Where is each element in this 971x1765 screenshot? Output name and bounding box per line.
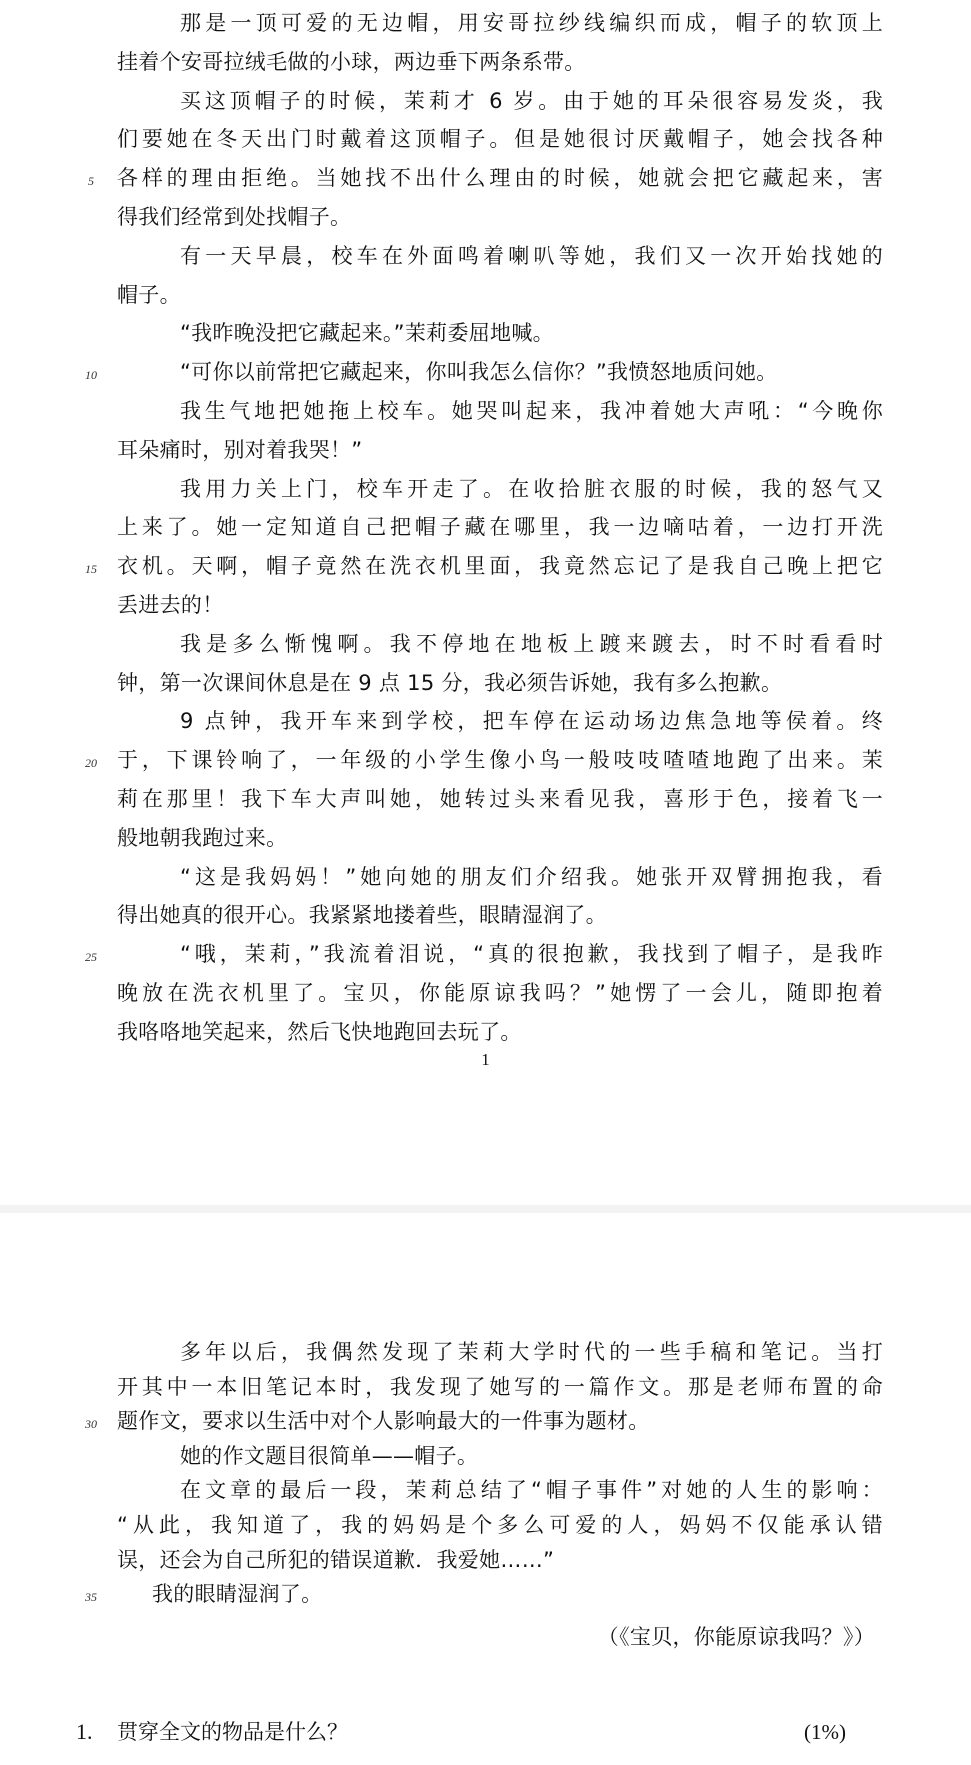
line-number: 5 — [80, 162, 102, 200]
passage-line: 在文章的最后一段，茉莉总结了“帽子事件”对她的人生的影响： — [0, 1471, 971, 1509]
passage-line-text: 我用力关上门，校车开走了。在收拾脏衣服的时候，我的怒气又 — [180, 470, 883, 508]
passage-line: 30题作文，要求以生活中对个人影响最大的一件事为题材。 — [0, 1402, 971, 1440]
passage-line: （《宝贝，你能原谅我吗？》） — [0, 1618, 971, 1656]
question-score: (1%) — [804, 1713, 846, 1751]
passage-line: 她的作文题目很简单——帽子。 — [0, 1437, 971, 1475]
passage-line: 上来了。她一定知道自己把帽子藏在哪里，我一边嘀咕着，一边打开洗 — [0, 508, 971, 546]
passage-line: 5各样的理由拒绝。当她找不出什么理由的时候，她就会把它藏起来，害 — [0, 159, 971, 197]
passage-line-text: 挂着个安哥拉绒毛做的小球，两边垂下两条系带。 — [117, 43, 883, 81]
passage-line-text: 得我们经常到处找帽子。 — [117, 198, 883, 236]
passage-line-text: 般地朝我跑过来。 — [117, 819, 883, 857]
passage-line-text: 们要她在冬天出门时戴着这顶帽子。但是她很讨厌戴帽子，她会找各种 — [117, 120, 883, 158]
passage-line: 晚放在洗衣机里了。宝贝，你能原谅我吗？”她愣了一会儿，随即抱着 — [0, 974, 971, 1012]
passage-line: 那是一顶可爱的无边帽，用安哥拉纱线编织而成，帽子的软顶上 — [0, 4, 971, 42]
passage-line-text: “这是我妈妈！”她向她的朋友们介绍我。她张开双臂拥抱我，看 — [180, 858, 883, 896]
passage-line-text: 帽子。 — [117, 276, 883, 314]
passage-line: 们要她在冬天出门时戴着这顶帽子。但是她很讨厌戴帽子，她会找各种 — [0, 120, 971, 158]
passage-line-text: 莉在那里！我下车大声叫她，她转过头来看见我，喜形于色，接着飞一 — [117, 780, 883, 818]
passage-line-text: 晚放在洗衣机里了。宝贝，你能原谅我吗？”她愣了一会儿，随即抱着 — [117, 974, 883, 1012]
passage-line: 我是多么惭愧啊。我不停地在地板上踱来踱去，时不时看看时 — [0, 625, 971, 663]
passage-line-text: 她的作文题目很简单——帽子。 — [180, 1437, 883, 1475]
passage-line-text: 丢进去的！ — [117, 586, 883, 624]
question-item: 1. 贯穿全文的物品是什么？ (1%) — [0, 1713, 971, 1751]
passage-line: 有一天早晨，校车在外面鸣着喇叭等她，我们又一次开始找她的 — [0, 237, 971, 275]
passage-line-text: 我生气地把她拖上校车。她哭叫起来，我冲着她大声吼：“今晚你 — [180, 392, 883, 430]
document-page-2: 多年以后，我偶然发现了茉莉大学时代的一些手稿和笔记。当打开其中一本旧笔记本时，我… — [0, 1213, 971, 1765]
passage-line: 得出她真的很开心。我紧紧地搂着些，眼睛湿润了。 — [0, 896, 971, 934]
passage-line-text: 那是一顶可爱的无边帽，用安哥拉纱线编织而成，帽子的软顶上 — [180, 4, 883, 42]
passage-line-text: 衣机。天啊，帽子竟然在洗衣机里面，我竟然忘记了是我自己晚上把它 — [117, 547, 883, 585]
page-break-separator — [0, 1205, 971, 1213]
passage-line: 莉在那里！我下车大声叫她，她转过头来看见我，喜形于色，接着飞一 — [0, 780, 971, 818]
passage-line-text: “可你以前常把它藏起来，你叫我怎么信你？”我愤怒地质问她。 — [180, 353, 883, 391]
passage-line-text: 耳朵痛时，别对着我哭！” — [117, 431, 883, 469]
passage-line: 钟，第一次课间休息是在 9 点 15 分，我必须告诉她，我有多么抱歉。 — [0, 664, 971, 702]
passage-line: “我昨晚没把它藏起来。”茉莉委屈地喊。 — [0, 314, 971, 352]
passage-line: 挂着个安哥拉绒毛做的小球，两边垂下两条系带。 — [0, 43, 971, 81]
passage-line-text: 9 点钟，我开车来到学校，把车停在运动场边焦急地等侯着。终 — [180, 702, 883, 740]
passage-line: 10“可你以前常把它藏起来，你叫我怎么信你？”我愤怒地质问她。 — [0, 353, 971, 391]
passage-line: 15衣机。天啊，帽子竟然在洗衣机里面，我竟然忘记了是我自己晚上把它 — [0, 547, 971, 585]
passage-line-text: 在文章的最后一段，茉莉总结了“帽子事件”对她的人生的影响： — [180, 1471, 883, 1509]
question-text: 贯穿全文的物品是什么？ — [117, 1713, 348, 1751]
passage-line: 般地朝我跑过来。 — [0, 819, 971, 857]
passage-line-text: 得出她真的很开心。我紧紧地搂着些，眼睛湿润了。 — [117, 896, 883, 934]
passage-line-text: 上来了。她一定知道自己把帽子藏在哪里，我一边嘀咕着，一边打开洗 — [117, 508, 883, 546]
question-number: 1. — [76, 1713, 93, 1751]
passage-line: 帽子。 — [0, 276, 971, 314]
passage-line: “从此，我知道了，我的妈妈是个多么可爱的人，妈妈不仅能承认错 — [0, 1506, 971, 1544]
passage-line-text: 题作文，要求以生活中对个人影响最大的一件事为题材。 — [117, 1402, 883, 1440]
passage-line: “这是我妈妈！”她向她的朋友们介绍我。她张开双臂拥抱我，看 — [0, 858, 971, 896]
passage-line-text: 钟，第一次课间休息是在 9 点 15 分，我必须告诉她，我有多么抱歉。 — [117, 664, 883, 702]
passage-line: 得我们经常到处找帽子。 — [0, 198, 971, 236]
line-number: 10 — [80, 356, 102, 394]
passage-line-text: 我的眼睛湿润了。 — [152, 1575, 883, 1613]
passage-line-text: 于，下课铃响了，一年级的小学生像小鸟一般吱吱喳喳地跑了出来。茉 — [117, 741, 883, 779]
passage-line-text: 开其中一本旧笔记本时，我发现了她写的一篇作文。那是老师布置的命 — [117, 1368, 883, 1406]
passage-line-text: 多年以后，我偶然发现了茉莉大学时代的一些手稿和笔记。当打 — [180, 1333, 883, 1371]
passage-line-text: “哦，茉莉，”我流着泪说，“真的很抱歉，我找到了帽子，是我昨 — [180, 935, 883, 973]
line-number: 15 — [80, 550, 102, 588]
passage-line: 35我的眼睛湿润了。 — [0, 1575, 971, 1613]
passage-line: 买这顶帽子的时候，茉莉才 6 岁。由于她的耳朵很容易发炎，我 — [0, 82, 971, 120]
passage-line-text: 买这顶帽子的时候，茉莉才 6 岁。由于她的耳朵很容易发炎，我 — [180, 82, 883, 120]
passage-line-text: 各样的理由拒绝。当她找不出什么理由的时候，她就会把它藏起来，害 — [117, 159, 883, 197]
passage-line: 误，还会为自己所犯的错误道歉．我爱她……” — [0, 1541, 971, 1579]
page-number: 1 — [0, 1050, 971, 1070]
document-page-1: 那是一顶可爱的无边帽，用安哥拉纱线编织而成，帽子的软顶上挂着个安哥拉绒毛做的小球… — [0, 0, 971, 1205]
passage-line-text: 有一天早晨，校车在外面鸣着喇叭等她，我们又一次开始找她的 — [180, 237, 883, 275]
line-number: 35 — [80, 1578, 102, 1616]
passage-line: 耳朵痛时，别对着我哭！” — [0, 431, 971, 469]
passage-line-text: 我咯咯地笑起来，然后飞快地跑回去玩了。 — [117, 1013, 883, 1051]
passage-line: 丢进去的！ — [0, 586, 971, 624]
passage-line: 多年以后，我偶然发现了茉莉大学时代的一些手稿和笔记。当打 — [0, 1333, 971, 1371]
passage-line: 我咯咯地笑起来，然后飞快地跑回去玩了。 — [0, 1013, 971, 1051]
passage-line-text: 我是多么惭愧啊。我不停地在地板上踱来踱去，时不时看看时 — [180, 625, 883, 663]
source-citation: （《宝贝，你能原谅我吗？》） — [598, 1618, 875, 1656]
passage-line: 25“哦，茉莉，”我流着泪说，“真的很抱歉，我找到了帽子，是我昨 — [0, 935, 971, 973]
passage-line: 我生气地把她拖上校车。她哭叫起来，我冲着她大声吼：“今晚你 — [0, 392, 971, 430]
passage-line: 9 点钟，我开车来到学校，把车停在运动场边焦急地等侯着。终 — [0, 702, 971, 740]
passage-line-text: “我昨晚没把它藏起来。”茉莉委屈地喊。 — [180, 314, 883, 352]
line-number: 25 — [80, 938, 102, 976]
passage-line: 开其中一本旧笔记本时，我发现了她写的一篇作文。那是老师布置的命 — [0, 1368, 971, 1406]
passage-line-text: 误，还会为自己所犯的错误道歉．我爱她……” — [117, 1541, 883, 1579]
line-number: 20 — [80, 744, 102, 782]
passage-line-text: “从此，我知道了，我的妈妈是个多么可爱的人，妈妈不仅能承认错 — [117, 1506, 883, 1544]
passage-line: 20于，下课铃响了，一年级的小学生像小鸟一般吱吱喳喳地跑了出来。茉 — [0, 741, 971, 779]
passage-line: 我用力关上门，校车开走了。在收拾脏衣服的时候，我的怒气又 — [0, 470, 971, 508]
